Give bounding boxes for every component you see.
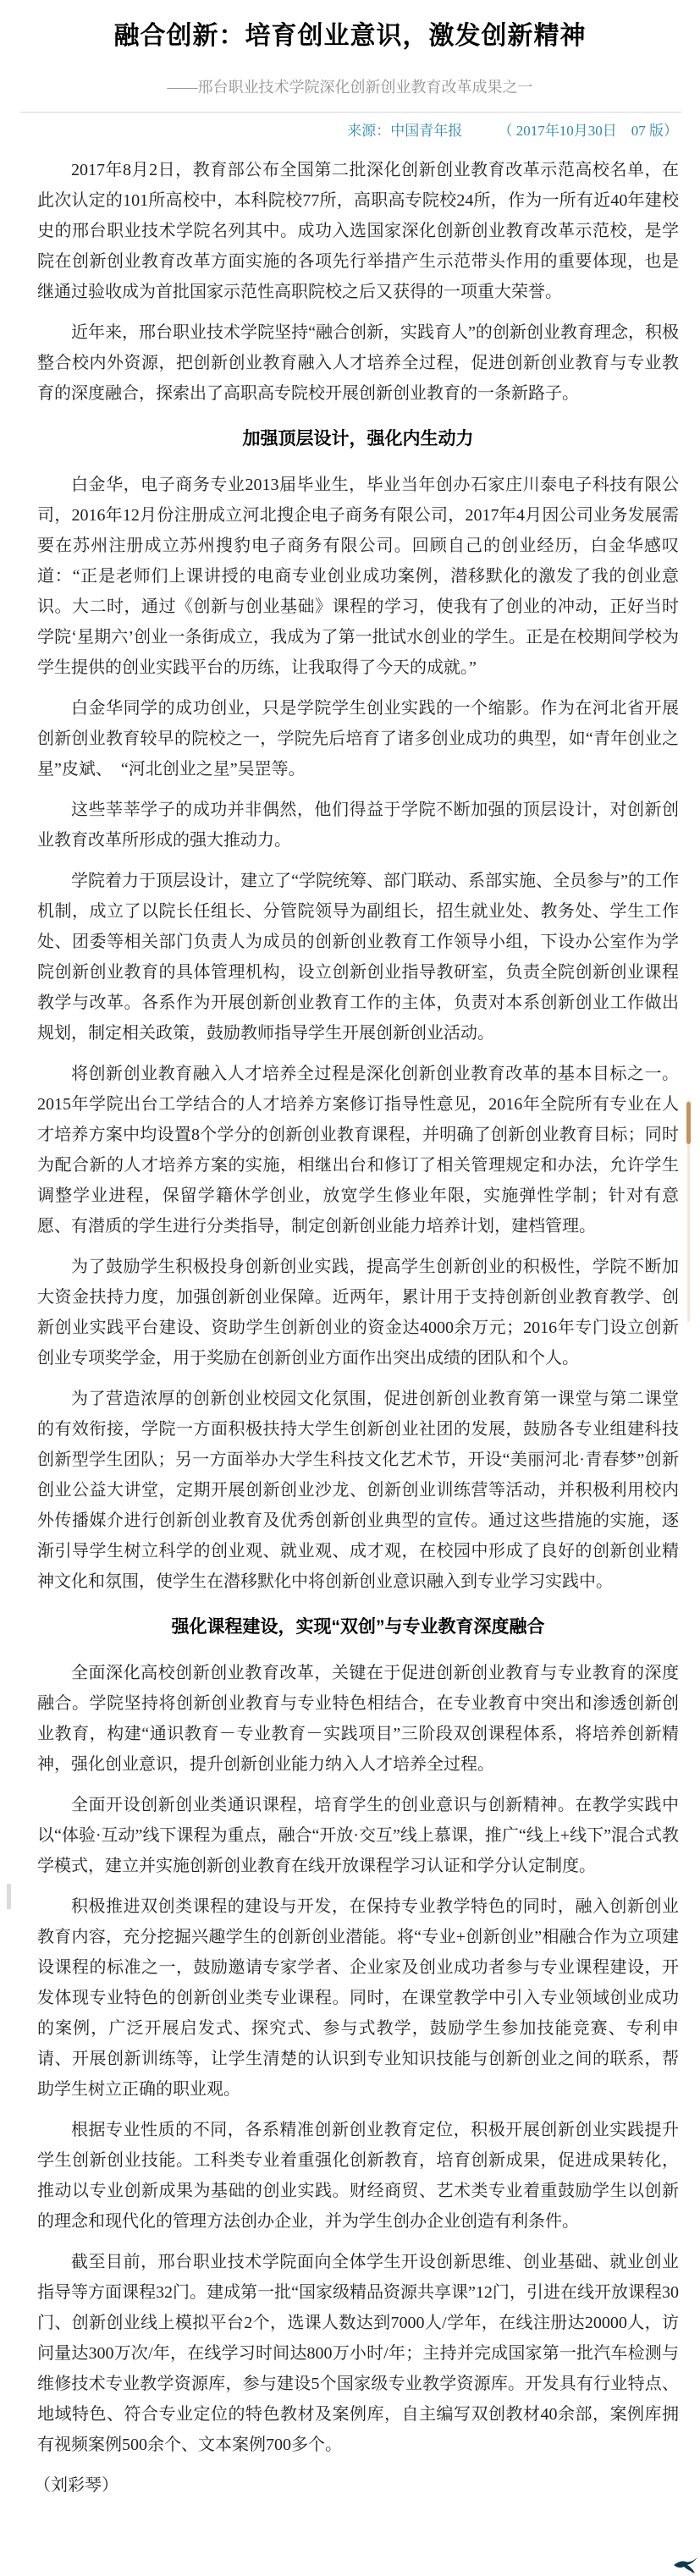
scrollbar-thumb[interactable] (686, 1102, 691, 1144)
article-paragraph: 学院着力于顶层设计，建立了“学院统筹、部门联动、系部实施、全员参与”的工作机制，… (37, 866, 679, 1049)
article-paragraph: 近年来，邢台职业技术学院坚持“融合创新，实践育人”的创新创业教育理念，积极整合校… (37, 317, 679, 409)
article-paragraph: 积极推进双创类课程的建设与开发，在保持专业教学特色的同时，融入创新创业教育内容，… (37, 1891, 679, 2105)
header-divider (20, 112, 681, 113)
author-byline: （刘彩琴） (0, 2470, 642, 2501)
article-paragraph: 为了营造浓厚的创新创业校园文化氛围，促进创新创业教育第一课堂与第二课堂的有效衔接… (37, 1384, 679, 1597)
source-row: 来源：中国青年报 （ 2017年10月30日 07 版） (20, 119, 680, 143)
left-edge-artifact (7, 1884, 11, 1909)
article-paragraph: 截至目前，邢台职业技术学院面向全体学生开设创新思维、创业基础、就业创业指导等方面… (37, 2247, 679, 2460)
page-header: 融合创新：培育创业意识，激发创新精神 ——邢台职业技术学院深化创新创业教育改革成… (0, 0, 700, 143)
bird-watermark-icon (673, 2552, 698, 2574)
article-paragraph: 根据专业性质的不同，各系精准创新创业教育定位，积极开展创新创业实践提升学生创新创… (37, 2115, 679, 2237)
article-paragraph: 白金华，电子商务专业2013届毕业生，毕业当年创办石家庄川泰电子科技有限公司，2… (37, 470, 679, 683)
issue-info: （ 2017年10月30日 07 版） (499, 123, 679, 139)
bird-watermark-path (674, 2557, 697, 2573)
article-paragraph: 白金华同学的成功创业，只是学院学生创业实践的一个缩影。作为在河北省开展创新创业教… (37, 693, 679, 784)
article-paragraph: 全面开设创新创业类通识课程，培育学生的创业意识与创新精神。在教学实践中以“体验·… (37, 1790, 679, 1881)
article-body: 2017年8月2日，教育部公布全国第二批深化创新创业教育改革示范高校名单，在此次… (37, 155, 679, 2460)
article-subtitle: ——邢台职业技术学院深化创新创业教育改革成果之一 (0, 76, 700, 98)
article-paragraph: 2017年8月2日，教育部公布全国第二批深化创新创业教育改革示范高校名单，在此次… (37, 155, 679, 307)
article-paragraph: 全面深化高校创新创业教育改革，关键在于促进创新创业教育与专业教育的深度融合。学院… (37, 1658, 679, 1780)
article-paragraph: 将创新创业教育融入人才培养全过程是深化创新创业教育改革的基本目标之一。2015年… (37, 1059, 679, 1241)
section-heading: 强化课程建设，实现“双创”与专业教育深度融合 (37, 1612, 679, 1643)
source-label: 来源：中国青年报 (347, 123, 462, 139)
article-paragraph: 这些莘莘学子的成功并非偶然，他们得益于学院不断加强的顶层设计，对创新创业教育改革… (37, 795, 679, 856)
article-paragraph: 为了鼓励学生积极投身创新创业实践，提高学生创新创业的积极性，学院不断加大资金扶持… (37, 1252, 679, 1373)
section-heading: 加强顶层设计，强化内生动力 (37, 424, 679, 454)
article-title: 融合创新：培育创业意识，激发创新精神 (0, 14, 700, 54)
